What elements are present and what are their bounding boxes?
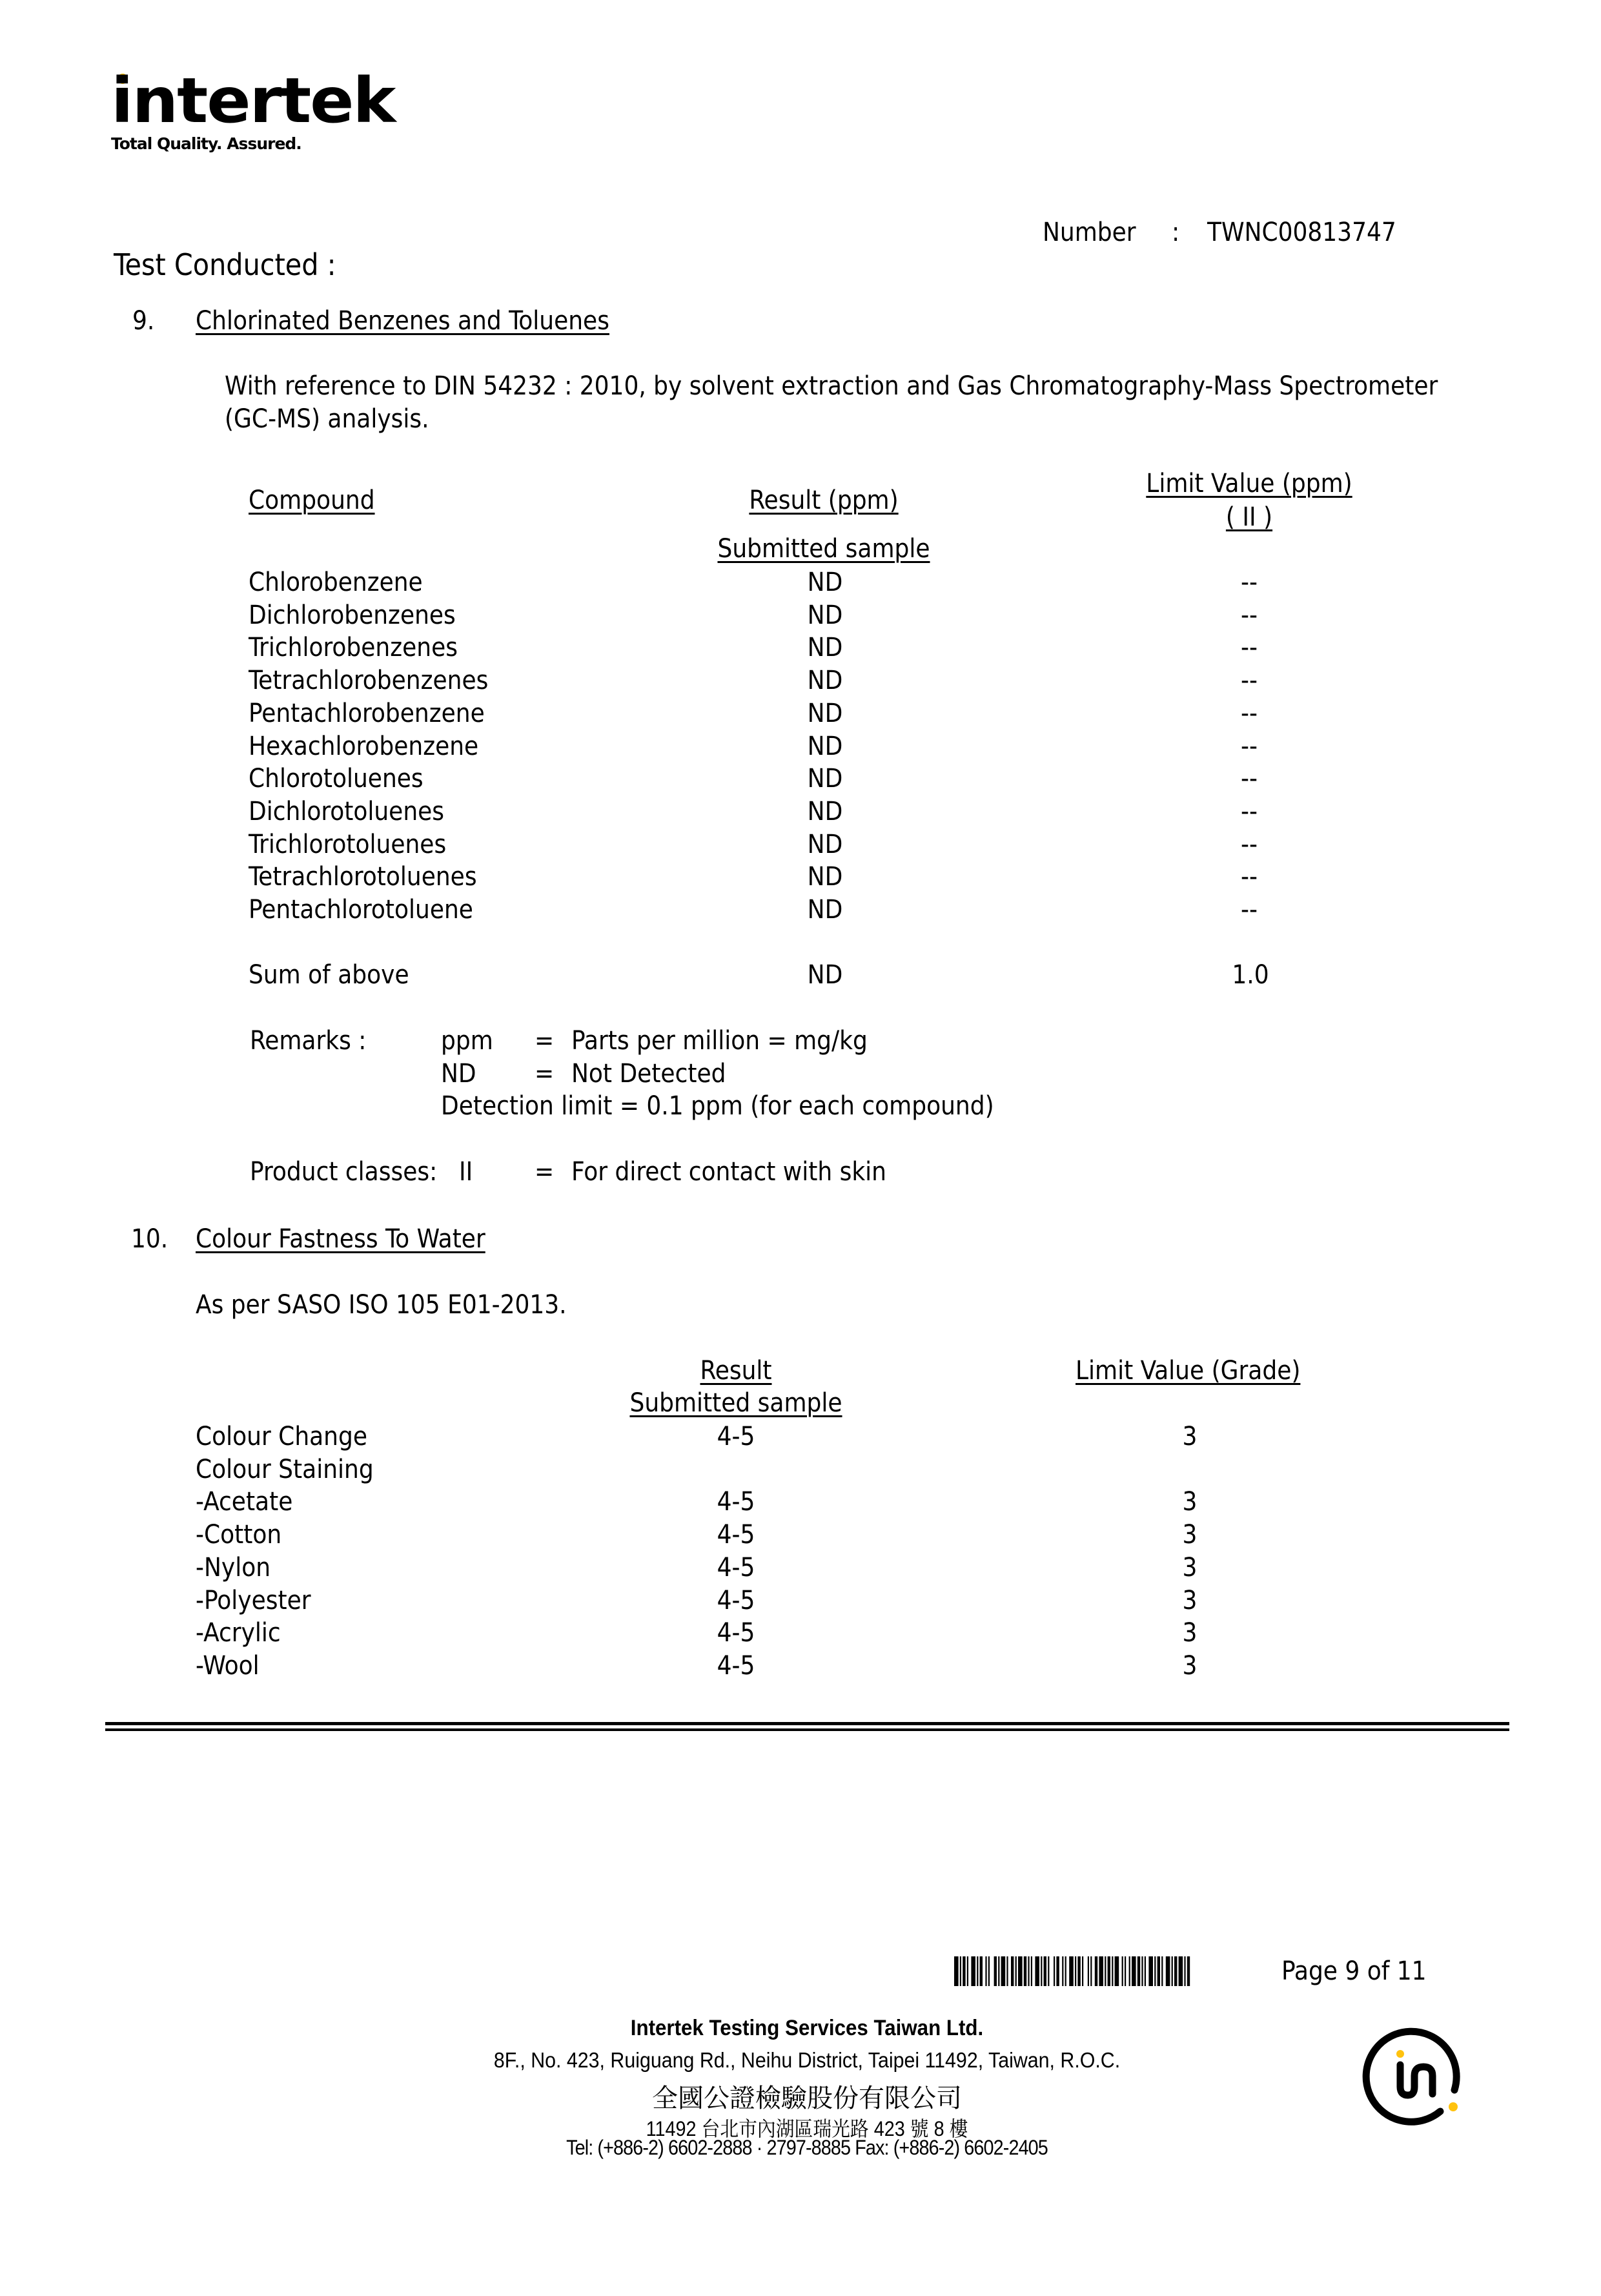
fastness-item: Colour Change [196, 1422, 367, 1451]
footer-company-name-zh: 全國公證檢驗股份有限公司 [652, 2078, 962, 2115]
compound-result: ND [808, 830, 843, 859]
fastness-item: -Cotton [196, 1520, 281, 1550]
product-classes-label: Product classes: [250, 1157, 437, 1187]
compound-limit: -- [1241, 895, 1258, 925]
col-header-limit-grade: Limit Value (Grade) [1076, 1356, 1300, 1386]
report-number-value: TWNC00813747 [1207, 218, 1396, 247]
compound-limit: -- [1241, 633, 1258, 662]
sum-row-limit: 1.0 [1232, 960, 1269, 990]
col-header-limit-class: ( II ) [1226, 502, 1272, 532]
fastness-result: 4-5 [717, 1520, 755, 1550]
product-class-term: II [459, 1157, 473, 1187]
compound-result: ND [808, 764, 843, 794]
logo-wordmark: intertek [111, 70, 394, 132]
fastness-limit: 3 [1183, 1520, 1198, 1550]
compound-name: Tetrachlorotoluenes [249, 862, 477, 892]
compound-limit: -- [1241, 699, 1258, 728]
compound-result: ND [808, 862, 843, 892]
fastness-item: -Acrylic [196, 1618, 281, 1648]
compound-result: ND [808, 600, 843, 630]
fastness-limit: 3 [1183, 1553, 1198, 1583]
fastness-limit: 3 [1183, 1651, 1198, 1681]
compound-name: Dichlorobenzenes [249, 600, 456, 630]
compound-limit: -- [1241, 568, 1258, 597]
section-9-title: Chlorinated Benzenes and Toluenes [196, 306, 609, 336]
logo-tagline: Total Quality. Assured. [111, 134, 381, 153]
compound-limit: -- [1241, 764, 1258, 794]
intertek-round-logo-icon [1359, 2018, 1475, 2134]
remarks-label: Remarks : [250, 1026, 366, 1056]
product-class-eq: = [535, 1157, 554, 1187]
compound-limit: -- [1241, 830, 1258, 859]
footer-address-en: 8F., No. 423, Ruiguang Rd., Neihu Distri… [494, 2048, 1120, 2073]
footer-separator-top [105, 1722, 1509, 1725]
test-conducted-heading: Test Conducted : [114, 248, 336, 282]
compound-name: Tetrachlorobenzenes [249, 666, 488, 695]
footer-separator-bottom [105, 1728, 1509, 1731]
compound-name: Pentachlorobenzene [249, 699, 485, 728]
fastness-result: 4-5 [717, 1487, 755, 1517]
page-indicator: Page 9 of 11 [1281, 1956, 1427, 1986]
fastness-limit: 3 [1183, 1422, 1198, 1451]
remark-eq: = [535, 1026, 554, 1056]
compound-result: ND [808, 568, 843, 597]
fastness-limit: 3 [1183, 1618, 1198, 1648]
intertek-logo: intertek Total Quality. Assured. [111, 72, 381, 153]
col-header-result-ppm: Result (ppm) [749, 486, 898, 515]
product-class-definition: For direct contact with skin [571, 1157, 886, 1187]
compound-limit: -- [1241, 862, 1258, 892]
section-10-index: 10. [131, 1224, 168, 1254]
col-header-limit-ppm: Limit Value (ppm) [1146, 469, 1352, 498]
fastness-item: -Nylon [196, 1553, 270, 1583]
fastness-item: -Wool [196, 1651, 260, 1681]
compound-result: ND [808, 633, 843, 662]
compound-result: ND [808, 732, 843, 761]
remark-term: ND [441, 1059, 476, 1089]
remark-definition: Not Detected [571, 1059, 726, 1089]
remark-definition: Parts per million = mg/kg [571, 1026, 868, 1056]
section-9-index: 9. [132, 306, 154, 336]
compound-limit: -- [1241, 732, 1258, 761]
compound-name: Chlorobenzene [249, 568, 423, 597]
fastness-result: 4-5 [717, 1618, 755, 1648]
compound-name: Trichlorotoluenes [249, 830, 446, 859]
fastness-result: 4-5 [717, 1651, 755, 1681]
barcode-icon [954, 1956, 1255, 1986]
fastness-limit: 3 [1183, 1487, 1198, 1517]
compound-result: ND [808, 666, 843, 695]
fastness-limit: 3 [1183, 1586, 1198, 1615]
section-10-method: As per SASO ISO 105 E01-2013. [196, 1290, 567, 1320]
remark-eq: = [535, 1059, 554, 1089]
sub-header-submitted-sample: Submitted sample [717, 534, 930, 564]
footer-contact: Tel: (+886-2) 6602-2888 · 2797-8885 Fax:… [566, 2136, 1048, 2160]
compound-name: Trichlorobenzenes [249, 633, 458, 662]
report-number-colon: : [1172, 218, 1179, 247]
compound-name: Chlorotoluenes [249, 764, 423, 794]
section-9-method-line1: With reference to DIN 54232 : 2010, by s… [225, 371, 1438, 401]
section-10-title: Colour Fastness To Water [196, 1224, 485, 1254]
compound-limit: -- [1241, 797, 1258, 826]
footer-company-name: Intertek Testing Services Taiwan Ltd. [631, 2016, 983, 2041]
col-header-compound: Compound [249, 486, 375, 515]
fastness-result: 4-5 [717, 1586, 755, 1615]
fastness-result: 4-5 [717, 1422, 755, 1451]
section-9-method-line2: (GC-MS) analysis. [225, 404, 429, 434]
fastness-result: 4-5 [717, 1553, 755, 1583]
compound-result: ND [808, 895, 843, 925]
compound-name: Pentachlorotoluene [249, 895, 473, 925]
fastness-item: -Polyester [196, 1586, 311, 1615]
sum-row-label: Sum of above [249, 960, 409, 990]
compound-name: Hexachlorobenzene [249, 732, 478, 761]
col-header-result: Result [700, 1356, 771, 1386]
sub-header-submitted-sample: Submitted sample [629, 1388, 842, 1418]
compound-limit: -- [1241, 666, 1258, 695]
fastness-item: -Acetate [196, 1487, 292, 1517]
detection-limit-note: Detection limit = 0.1 ppm (for each comp… [441, 1091, 994, 1121]
compound-name: Dichlorotoluenes [249, 797, 444, 826]
remark-term: ppm [441, 1026, 493, 1056]
compound-result: ND [808, 797, 843, 826]
report-number-label: Number [1043, 218, 1136, 247]
compound-result: ND [808, 699, 843, 728]
compound-limit: -- [1241, 600, 1258, 630]
sum-row-result: ND [808, 960, 843, 990]
fastness-item: Colour Staining [196, 1455, 374, 1484]
